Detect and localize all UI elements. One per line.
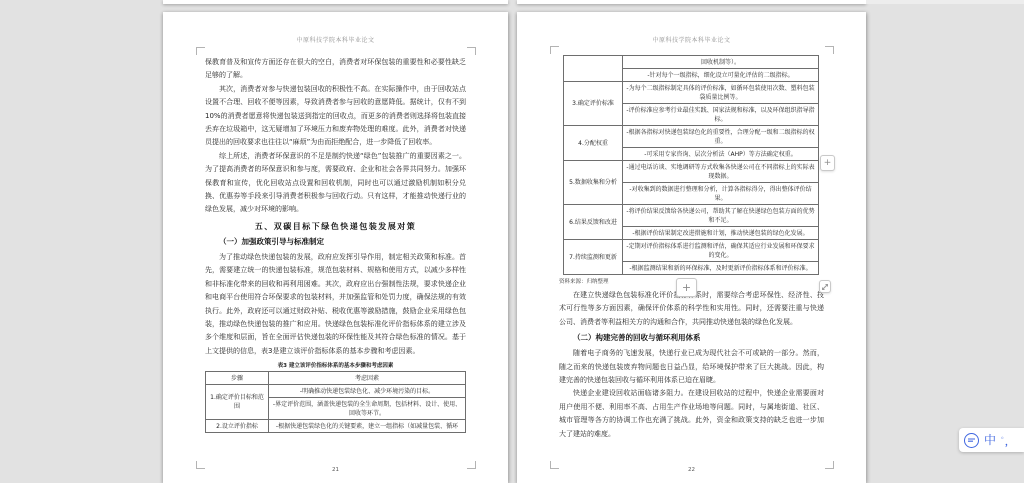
table-header-cell[interactable]: 步骤 xyxy=(206,372,269,385)
table-cell-step[interactable]: 6.结果反馈和改进 xyxy=(564,205,623,240)
ime-toolbar[interactable]: 中 。 ， xyxy=(959,428,1024,452)
table-cell-step[interactable]: 5.数据收集和分析 xyxy=(564,161,623,205)
editor-canvas: 中原科技学院本科毕业论文 保教育普及和宣传方面还存在很大的空白，消费者对环保包装… xyxy=(0,0,1024,483)
page-header: 中原科技学院本科毕业论文 xyxy=(163,35,508,44)
table-header-cell[interactable]: 考虑因素 xyxy=(269,372,466,385)
table-cell-step[interactable]: 4.分配权重 xyxy=(564,126,623,161)
subsection-heading[interactable]: （一）加强政策引导与标准制定 xyxy=(205,235,466,248)
table-resize-handle-icon[interactable] xyxy=(819,280,831,293)
diagonal-arrows-icon xyxy=(821,283,829,291)
table-row: 2.设立评价指标 -根据快递包装绿色化的关键要素，建立一组指标（如减量包装、循环 xyxy=(206,420,466,433)
table-cell-factor[interactable]: -界定评价范围，涵盖快递包装的全生命周期，包括材料、设计、使用、回收等环节。 xyxy=(269,398,466,420)
table-cell-factor[interactable]: -根据监测结果和新的环保标准，及时更新评价指标体系和评价标准。 xyxy=(623,262,819,275)
table-row: 5.数据收集和分析 -通过电话访谈、实地调研等方式收集各快递公司在不同指标上的实… xyxy=(564,161,819,183)
section-heading[interactable]: 五、双碳目标下绿色快递包装发展对策 xyxy=(205,221,466,232)
table-cell-factor[interactable]: -针对每个一级指标，细化设立可量化评估的二级指标。 xyxy=(623,69,819,82)
previous-page-bottom-right xyxy=(517,0,866,4)
page-number: 21 xyxy=(163,467,508,473)
page-22-body[interactable]: 回收机制等）。 -针对每个一级指标，细化设立可量化评估的二级指标。 3.确定评价… xyxy=(559,55,824,469)
table-cell-step[interactable]: 3.确定评价标准 xyxy=(564,82,623,126)
margin-mark-top-right xyxy=(825,46,834,54)
paragraph[interactable]: 保教育普及和宣传方面还存在很大的空白，消费者对环保包装的重要性和必要性缺乏足够的… xyxy=(205,56,466,83)
table-caption[interactable]: 表3 建立该评价指标体系的基本步骤和考虑因素 xyxy=(205,361,466,369)
table-row: 7.持续监测和更新 -定期对评价指标体系进行监测和评估，确保其适应行业发展和环保… xyxy=(564,240,819,262)
page-21[interactable]: 中原科技学院本科毕业论文 保教育普及和宣传方面还存在很大的空白，消费者对环保包装… xyxy=(163,12,508,483)
page-number: 22 xyxy=(517,467,866,473)
table-row: 4.分配权重 -根据各指标对快递包装绿色化的重要性，合理分配一级和二级指标的权重… xyxy=(564,126,819,148)
table-row: 3.确定评价标准 -为每个二级指标制定具体的评价标准，如循环包装使用次数、塑料包… xyxy=(564,82,819,104)
table-cell-factor[interactable]: -通过电话访谈、实地调研等方式收集各快递公司在不同指标上的实际表现数据。 xyxy=(623,161,819,183)
table-cell-factor[interactable]: -评价标准应参考行业最佳实践、国家法规和标准，以及环保组织指导指标。 xyxy=(623,104,819,126)
ime-language-mode[interactable]: 中 xyxy=(984,434,996,446)
table-cell-factor[interactable]: -根据快递包装绿色化的关键要素，建立一组指标（如减量包装、循环 xyxy=(269,420,466,433)
page-22[interactable]: 中原科技学院本科毕业论文 回收机制等）。 -针对每个一级指标，细化设立可量化评估… xyxy=(517,12,866,483)
table-cell-factor[interactable]: -定期对评价指标体系进行监测和评估，确保其适应行业发展和环保要求的变化。 xyxy=(623,240,819,262)
paragraph[interactable]: 快递企业建设回收站面临诸多阻力。在建设回收站的过程中，快递企业需要面对用户使用不… xyxy=(559,387,824,441)
table-row: 6.结果反馈和改进 -将评价结果反馈给各快递公司，帮助其了解在快递绿色包装方面的… xyxy=(564,205,819,227)
table-cell-factor[interactable]: -对收集到的数据进行整理和分析，计算各指标得分，得出整体评价结果。 xyxy=(623,183,819,205)
table-add-column-button[interactable]: + xyxy=(820,155,835,171)
margin-mark-top-left xyxy=(550,46,559,54)
table-cell-factor[interactable]: -根据评价结果制定改进措施和计划，推动快递包装的绿色化发展。 xyxy=(623,227,819,240)
paragraph[interactable]: 随着电子商务的飞速发展，快递行业已成为现代社会不可或缺的一部分。然而，随之而来的… xyxy=(559,347,824,387)
ime-logo-glyph xyxy=(967,436,976,445)
ime-punctuation-icon[interactable]: 。 ， xyxy=(1001,433,1014,447)
paragraph[interactable]: 为了推动绿色快递包装的发展，政府应发挥引导作用，制定相关政策和标准。首先，需要建… xyxy=(205,251,466,358)
ime-logo-icon[interactable] xyxy=(964,433,979,448)
table-cell-factor[interactable]: -根据各指标对快递包装绿色化的重要性，合理分配一级和二级指标的权重。 xyxy=(623,126,819,148)
insert-plus-button[interactable]: + xyxy=(676,278,697,297)
table-cell-factor[interactable]: -为每个二级指标制定具体的评价标准，如循环包装使用次数、塑料包装袋质量比例等。 xyxy=(623,82,819,104)
evaluation-steps-table[interactable]: 步骤 考虑因素 1.确定评价目标和范围 -明确推动快递包装绿色化、减少环境污染的… xyxy=(205,371,466,433)
table-cell-factor[interactable]: -明确推动快递包装绿色化、减少环境污染的目标。 xyxy=(269,385,466,398)
evaluation-steps-table-continued[interactable]: 回收机制等）。 -针对每个一级指标，细化设立可量化评估的二级指标。 3.确定评价… xyxy=(563,55,819,275)
table-cell-factor[interactable]: -可采用专家咨询、层次分析法（AHP）等方法确定权重。 xyxy=(623,148,819,161)
previous-page-bottom-left xyxy=(163,0,508,4)
canvas-top-right-strip xyxy=(866,0,1024,4)
table-cell-step[interactable]: 2.设立评价指标 xyxy=(206,420,269,433)
page-21-body[interactable]: 保教育普及和宣传方面还存在很大的空白，消费者对环保包装的重要性和必要性缺乏足够的… xyxy=(205,56,466,469)
table-row: 步骤 考虑因素 xyxy=(206,372,466,385)
table-cell-step[interactable]: 7.持续监测和更新 xyxy=(564,240,623,275)
table-cell-factor[interactable]: 回收机制等）。 xyxy=(623,56,819,69)
margin-mark-top-left xyxy=(196,47,205,55)
page-header: 中原科技学院本科毕业论文 xyxy=(517,35,866,44)
table-row: 回收机制等）。 xyxy=(564,56,819,69)
subsection-heading[interactable]: （二）构建完善的回收与循环利用体系 xyxy=(559,331,824,344)
table-cell-factor[interactable]: -将评价结果反馈给各快递公司，帮助其了解在快递绿色包装方面的优势和不足。 xyxy=(623,205,819,227)
table-cell-step[interactable] xyxy=(564,56,623,82)
paragraph[interactable]: 其次，消费者对参与快递包装回收的积极性不高。在实际操作中，由于回收站点设置不合理… xyxy=(205,83,466,150)
table-cell-step[interactable]: 1.确定评价目标和范围 xyxy=(206,385,269,420)
table-row: 1.确定评价目标和范围 -明确推动快递包装绿色化、减少环境污染的目标。 xyxy=(206,385,466,398)
margin-mark-top-right xyxy=(467,47,476,55)
paragraph[interactable]: 综上所述，消费者环保意识的不足是制约快递“绿色”包装推广的重要因素之一。为了提高… xyxy=(205,150,466,217)
